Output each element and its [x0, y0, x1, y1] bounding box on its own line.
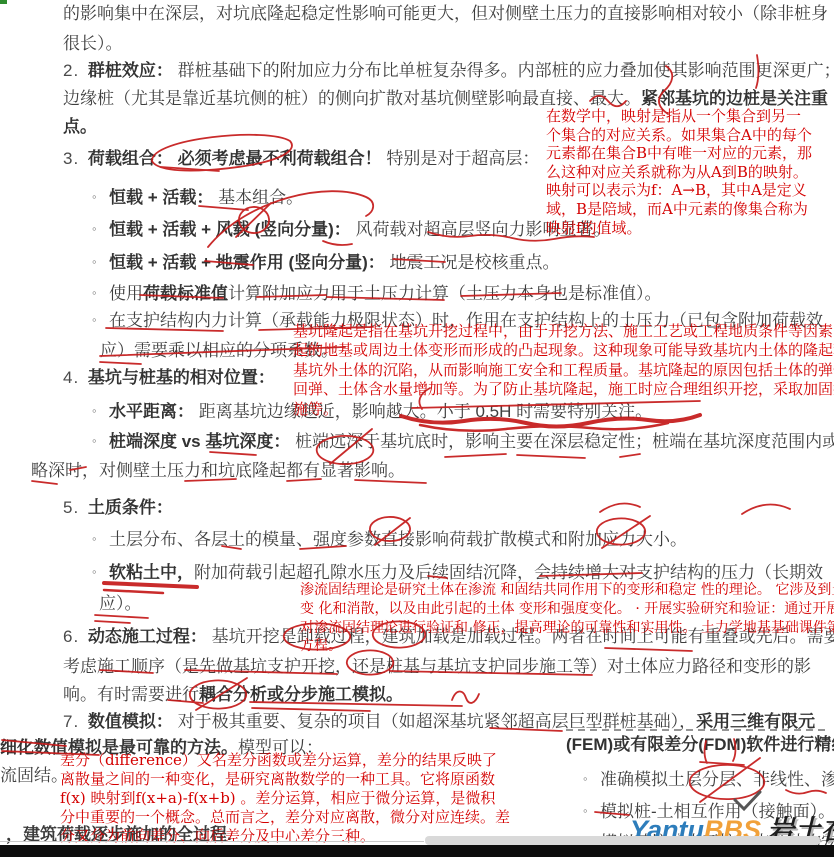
document-page: 的影响集中在深层，对坑底隆起稳定性影响可能更大，但对侧壁土压力的直接影响相对较小… [0, 0, 834, 857]
divider-line [0, 841, 424, 842]
red-annotation-rblock2: 基坑隆起是指在基坑开挖过程中，由于开挖方法、施工工艺或工程地质条件等因素引起的地… [293, 322, 834, 419]
red-annotation-layer: 在数学中，映射是指从一个集合到另一个集合的对应关系。如果集合A中的每个元素都在集… [0, 0, 834, 857]
corner-artifact [0, 0, 7, 4]
horizontal-scrollbar[interactable] [425, 836, 820, 845]
bottom-black-strip [0, 845, 834, 857]
red-annotation-rblock3: 渗流固结理论是研究土体在渗流 和固结共同作用下的变形和稳定 性的理论。 它涉及到… [300, 581, 834, 656]
red-annotation-rblock1: 在数学中，映射是指从一个集合到另一个集合的对应关系。如果集合A中的每个元素都在集… [546, 107, 812, 237]
red-annotation-rblock4: 差分（difference）又名差分函数或差分运算，差分的结果反映了离散量之间的… [60, 751, 510, 846]
